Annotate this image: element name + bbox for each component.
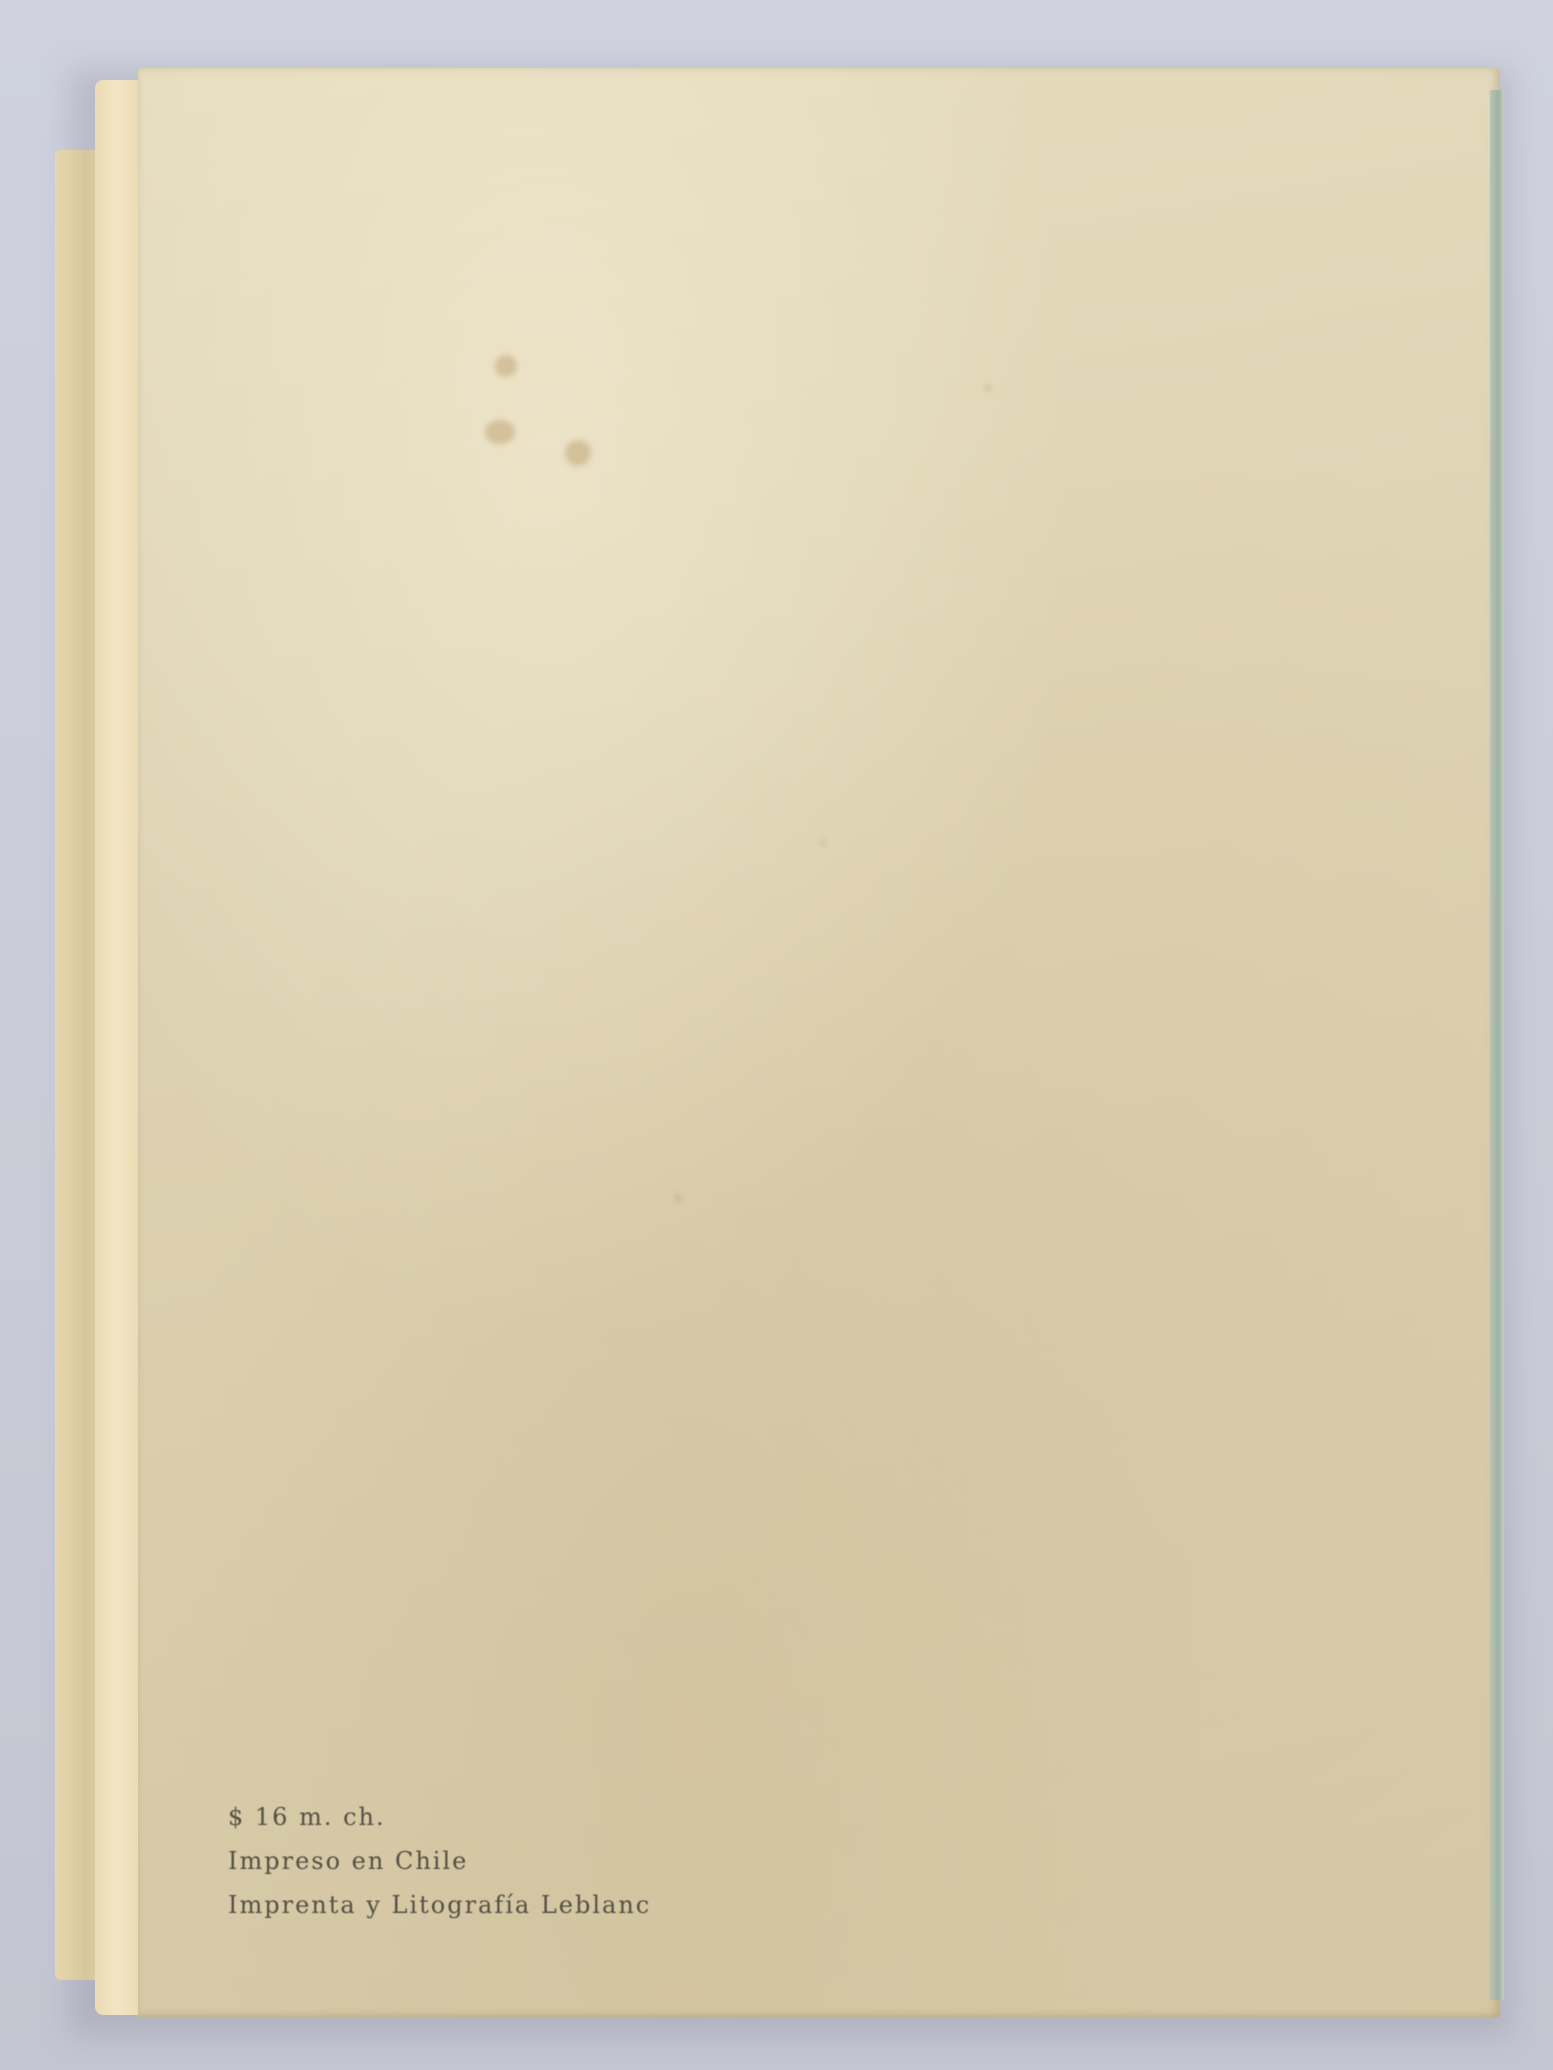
stain-mark (485, 420, 515, 444)
price-line: $ 16 m. ch. (228, 1795, 651, 1839)
stain-mark (675, 1195, 681, 1201)
printer-line: Imprenta y Litografía Leblanc (228, 1883, 651, 1927)
stain-mark (495, 355, 517, 377)
stain-mark (985, 385, 991, 391)
imprint-block: $ 16 m. ch. Impreso en Chile Imprenta y … (228, 1795, 651, 1927)
printed-in-line: Impreso en Chile (228, 1839, 651, 1883)
back-cover (138, 68, 1500, 2018)
stain-mark (565, 440, 591, 466)
stain-mark (820, 840, 825, 845)
cover-edge (1490, 90, 1504, 2000)
